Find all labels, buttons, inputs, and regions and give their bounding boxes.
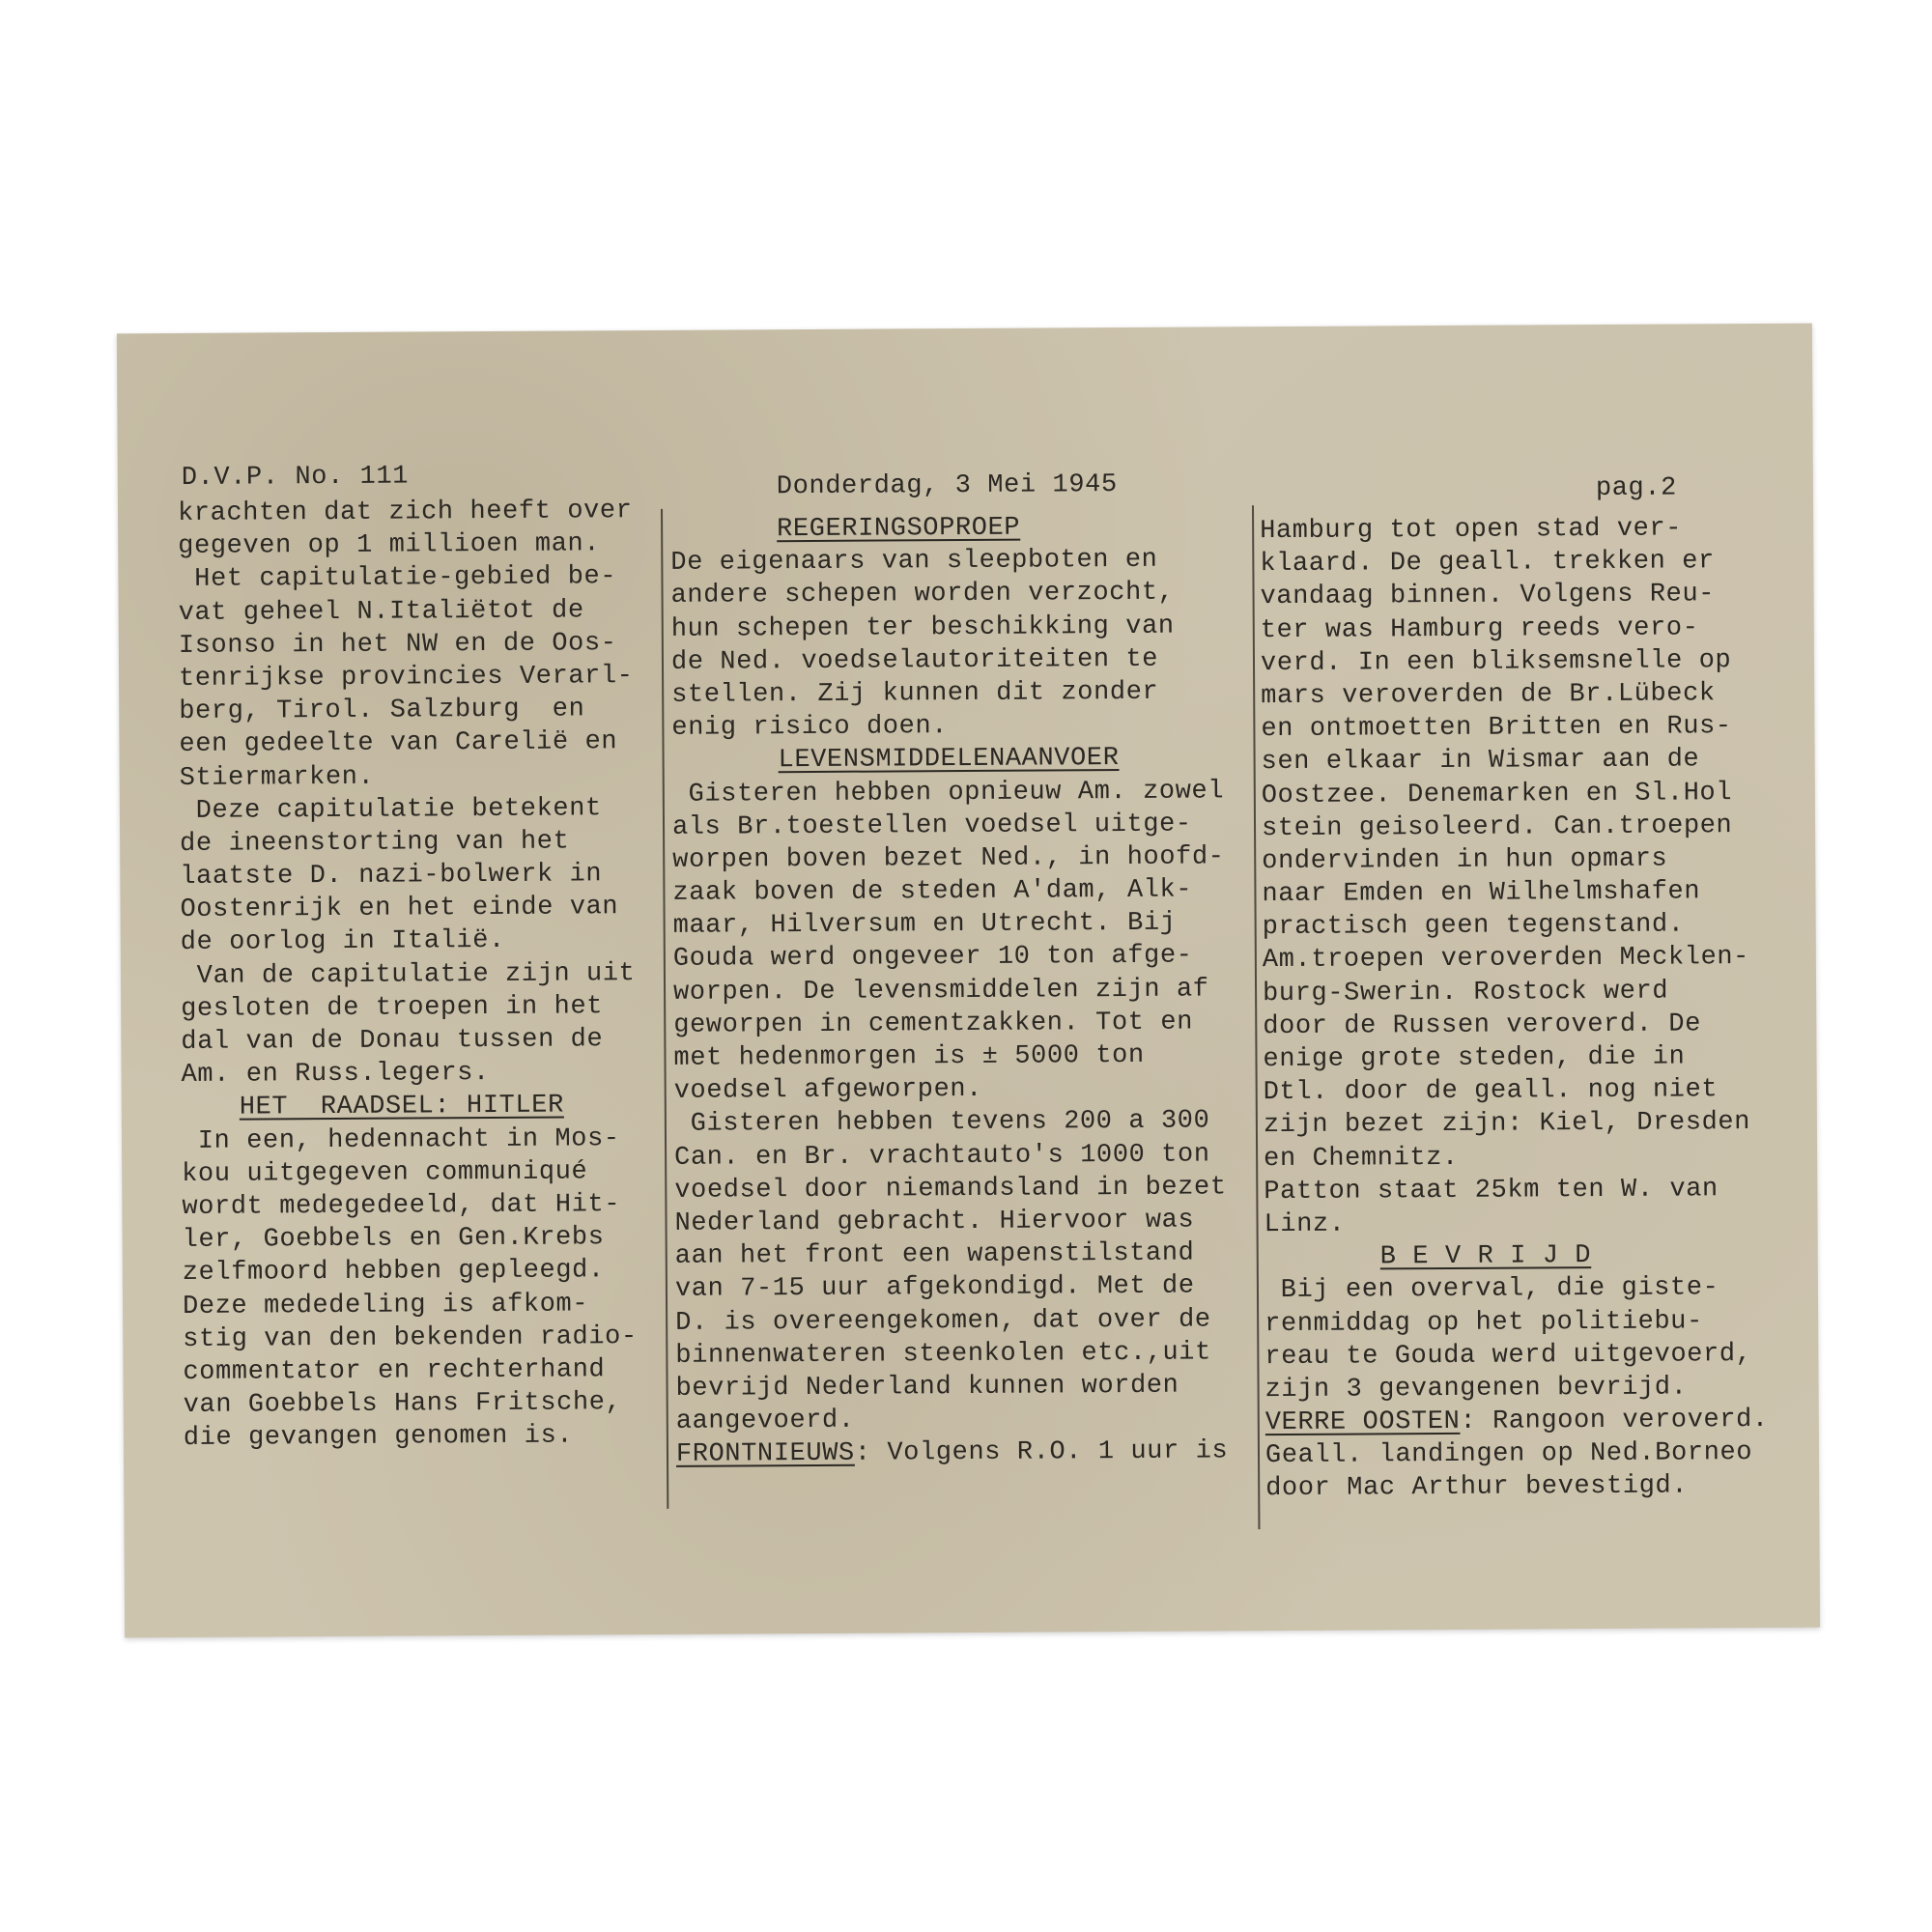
text-line: aan het front een wapenstilstand xyxy=(675,1236,1255,1273)
text-line: Linz. xyxy=(1264,1206,1804,1242)
inline-section-text: : Rangoon veroverd. xyxy=(1460,1406,1768,1436)
text-line: klaard. De geall. trekken er xyxy=(1260,545,1801,582)
text-line: Isonso in het NW en de Oos- xyxy=(179,627,662,663)
text-line: Dtl. door de geall. nog niet xyxy=(1264,1073,1804,1110)
text-line: Deze capitulatie betekent xyxy=(180,792,663,828)
text-line: vat geheel N.Italiëtot de xyxy=(179,593,662,629)
text-line: maar, Hilversum en Utrecht. Bij xyxy=(673,906,1253,943)
text-line: burg-Swerin. Rostock werd xyxy=(1263,974,1804,1010)
text-line: Stiermarken. xyxy=(180,758,663,794)
text-line: sen elkaar in Wismar aan de xyxy=(1262,743,1803,780)
section-heading-text: B E V R I J D xyxy=(1380,1241,1592,1271)
text-line: met hedenmorgen is ± 5000 ton xyxy=(673,1038,1253,1075)
text-line: tenrijkse provincies Verarl- xyxy=(179,660,662,696)
text-line: en ontmoetten Britten en Rus- xyxy=(1261,710,1802,747)
section-heading-text: HET RAADSEL: HITLER xyxy=(240,1092,564,1122)
text-line: ter was Hamburg reeds vero- xyxy=(1261,611,1802,647)
inline-section-label: VERRE OOSTEN xyxy=(1265,1407,1461,1437)
text-line: renmiddag op het politiebu- xyxy=(1264,1304,1805,1341)
section-heading: REGERINGSOPROEP xyxy=(670,510,1250,547)
text-line: naar Emden en Wilhelmshafen xyxy=(1262,875,1803,912)
text-line: gegeven op 1 millioen man. xyxy=(178,527,661,563)
text-line: de oorlog in Italië. xyxy=(181,923,664,959)
text-line: ondervinden in hun opmars xyxy=(1262,842,1803,879)
text-line: commentator en rechterhand xyxy=(183,1353,666,1389)
text-line: Gisteren hebben opnieuw Am. zowel xyxy=(672,775,1252,811)
column-right: Hamburg tot open stad ver-klaard. De gea… xyxy=(1260,512,1806,1506)
text-line: berg, Tirol. Salzburg en xyxy=(179,693,662,728)
text-line: Can. en Br. vrachtauto's 1000 ton xyxy=(674,1138,1254,1175)
section-heading: HET RAADSEL: HITLER xyxy=(182,1089,665,1124)
text-line: dal van de Donau tussen de xyxy=(181,1023,664,1059)
inline-section: VERRE OOSTEN: Rangoon veroverd. xyxy=(1265,1404,1806,1440)
text-line: Geall. landingen op Ned.Borneo xyxy=(1265,1436,1806,1473)
text-line: binnenwateren steenkolen etc.,uit xyxy=(675,1336,1255,1373)
text-line: practisch geen tegenstand. xyxy=(1263,908,1804,945)
text-line: voedsel afgeworpen. xyxy=(674,1071,1254,1108)
text-line: van 7-15 uur afgekondigd. Met de xyxy=(675,1270,1255,1307)
text-line: stig van den bekenden radio- xyxy=(183,1321,666,1356)
text-line: Am. en Russ.legers. xyxy=(181,1056,664,1092)
text-line: Gisteren hebben tevens 200 a 300 xyxy=(674,1105,1254,1142)
text-line: zaak boven de steden A'dam, Alk- xyxy=(672,873,1252,910)
section-heading-text: REGERINGSOPROEP xyxy=(777,514,1020,545)
text-line: stellen. Zij kunnen dit zonder xyxy=(671,675,1251,712)
text-line: Bij een overval, die giste- xyxy=(1264,1271,1805,1308)
text-line: worpen boven bezet Ned., in hoofd- xyxy=(672,840,1252,877)
text-line: als Br.toestellen voedsel uitge- xyxy=(672,808,1252,844)
inline-section: FRONTNIEUWS: Volgens R.O. 1 uur is xyxy=(676,1435,1256,1471)
text-line: mars veroverden de Br.Lübeck xyxy=(1261,677,1802,714)
text-line: Hamburg tot open stad ver- xyxy=(1260,512,1801,549)
text-line: In een, hedennacht in Mos- xyxy=(182,1122,665,1157)
column-left: krachten dat zich heeft overgegeven op 1… xyxy=(178,495,667,1455)
text-line: Patton staat 25km ten W. van xyxy=(1264,1172,1804,1208)
text-line: stein geisoleerd. Can.troepen xyxy=(1262,809,1803,845)
text-line: Oostenrijk en het einde van xyxy=(180,891,663,926)
text-line: kou uitgegeven communiqué xyxy=(182,1155,665,1191)
text-line: zelfmoord hebben gepleegd. xyxy=(183,1254,666,1290)
text-line: verd. In een bliksemsnelle op xyxy=(1261,643,1802,680)
text-line: reau te Gouda werd uitgevoerd, xyxy=(1264,1337,1805,1374)
text-line: Nederland gebracht. Hiervoor was xyxy=(674,1204,1254,1240)
text-line: wordt medegedeeld, dat Hit- xyxy=(182,1188,665,1224)
text-line: vandaag binnen. Volgens Reu- xyxy=(1260,578,1801,614)
text-line: Het capitulatie-gebied be- xyxy=(178,560,661,596)
column-middle: REGERINGSOPROEPDe eigenaars van sleepbot… xyxy=(670,510,1256,1471)
text-line: ler, Goebbels en Gen.Krebs xyxy=(183,1221,666,1257)
text-line: hun schepen ter beschikking van xyxy=(671,610,1251,646)
inline-section-label: FRONTNIEUWS xyxy=(676,1439,855,1469)
text-line: en Chemnitz. xyxy=(1264,1139,1804,1176)
text-line: bevrijd Nederland kunnen worden xyxy=(675,1369,1255,1406)
text-line: Oostzee. Denemarken en Sl.Hol xyxy=(1262,776,1803,812)
page-number: pag.2 xyxy=(1596,474,1677,504)
text-line: enig risico doen. xyxy=(671,708,1251,745)
text-line: die gevangen genomen is. xyxy=(184,1419,667,1455)
text-line: van Goebbels Hans Fritsche, xyxy=(184,1386,667,1422)
text-line: geworpen in cementzakken. Tot en xyxy=(673,1006,1253,1042)
text-line: Deze mededeling is afkom- xyxy=(183,1287,666,1322)
section-heading-text: LEVENSMIDDELENAANVOER xyxy=(779,744,1120,775)
text-line: Gouda werd ongeveer 10 ton afge- xyxy=(673,940,1253,977)
text-line: Van de capitulatie zijn uit xyxy=(181,957,664,993)
issue-number: D.V.P. No. 111 xyxy=(182,463,409,493)
text-line: worpen. De levensmiddelen zijn af xyxy=(673,973,1253,1009)
typewritten-newsletter-page: D.V.P. No. 111 Donderdag, 3 Mei 1945 pag… xyxy=(117,324,1820,1638)
text-line: door de Russen veroverd. De xyxy=(1263,1008,1804,1044)
text-line: gesloten de troepen in het xyxy=(181,990,664,1026)
text-line: aangevoerd. xyxy=(676,1402,1256,1438)
section-heading: B E V R I J D xyxy=(1264,1238,1805,1275)
text-line: een gedeelte van Carelië en xyxy=(179,725,662,761)
text-line: krachten dat zich heeft over xyxy=(178,495,661,530)
text-line: andere schepen worden verzocht, xyxy=(670,577,1250,613)
text-line: door Mac Arthur bevestigd. xyxy=(1265,1469,1806,1506)
text-line: D. is overeengekomen, dat over de xyxy=(675,1303,1255,1340)
section-heading: LEVENSMIDDELENAANVOER xyxy=(672,742,1252,779)
text-line: de ineenstorting van het xyxy=(180,825,663,861)
inline-section-text: : Volgens R.O. 1 uur is xyxy=(855,1437,1229,1468)
text-line: laatste D. nazi-bolwerk in xyxy=(180,858,663,894)
text-line: De eigenaars van sleepboten en xyxy=(670,543,1250,580)
text-line: enige grote steden, die in xyxy=(1263,1040,1804,1077)
issue-date: Donderdag, 3 Mei 1945 xyxy=(777,470,1118,501)
text-line: voedsel door niemandsland in bezet xyxy=(674,1171,1254,1207)
text-line: de Ned. voedselautoriteiten te xyxy=(671,642,1251,679)
text-line: Am.troepen veroverden Mecklen- xyxy=(1263,941,1804,978)
text-line: zijn bezet zijn: Kiel, Dresden xyxy=(1264,1106,1804,1143)
text-line: zijn 3 gevangenen bevrijd. xyxy=(1264,1371,1805,1407)
